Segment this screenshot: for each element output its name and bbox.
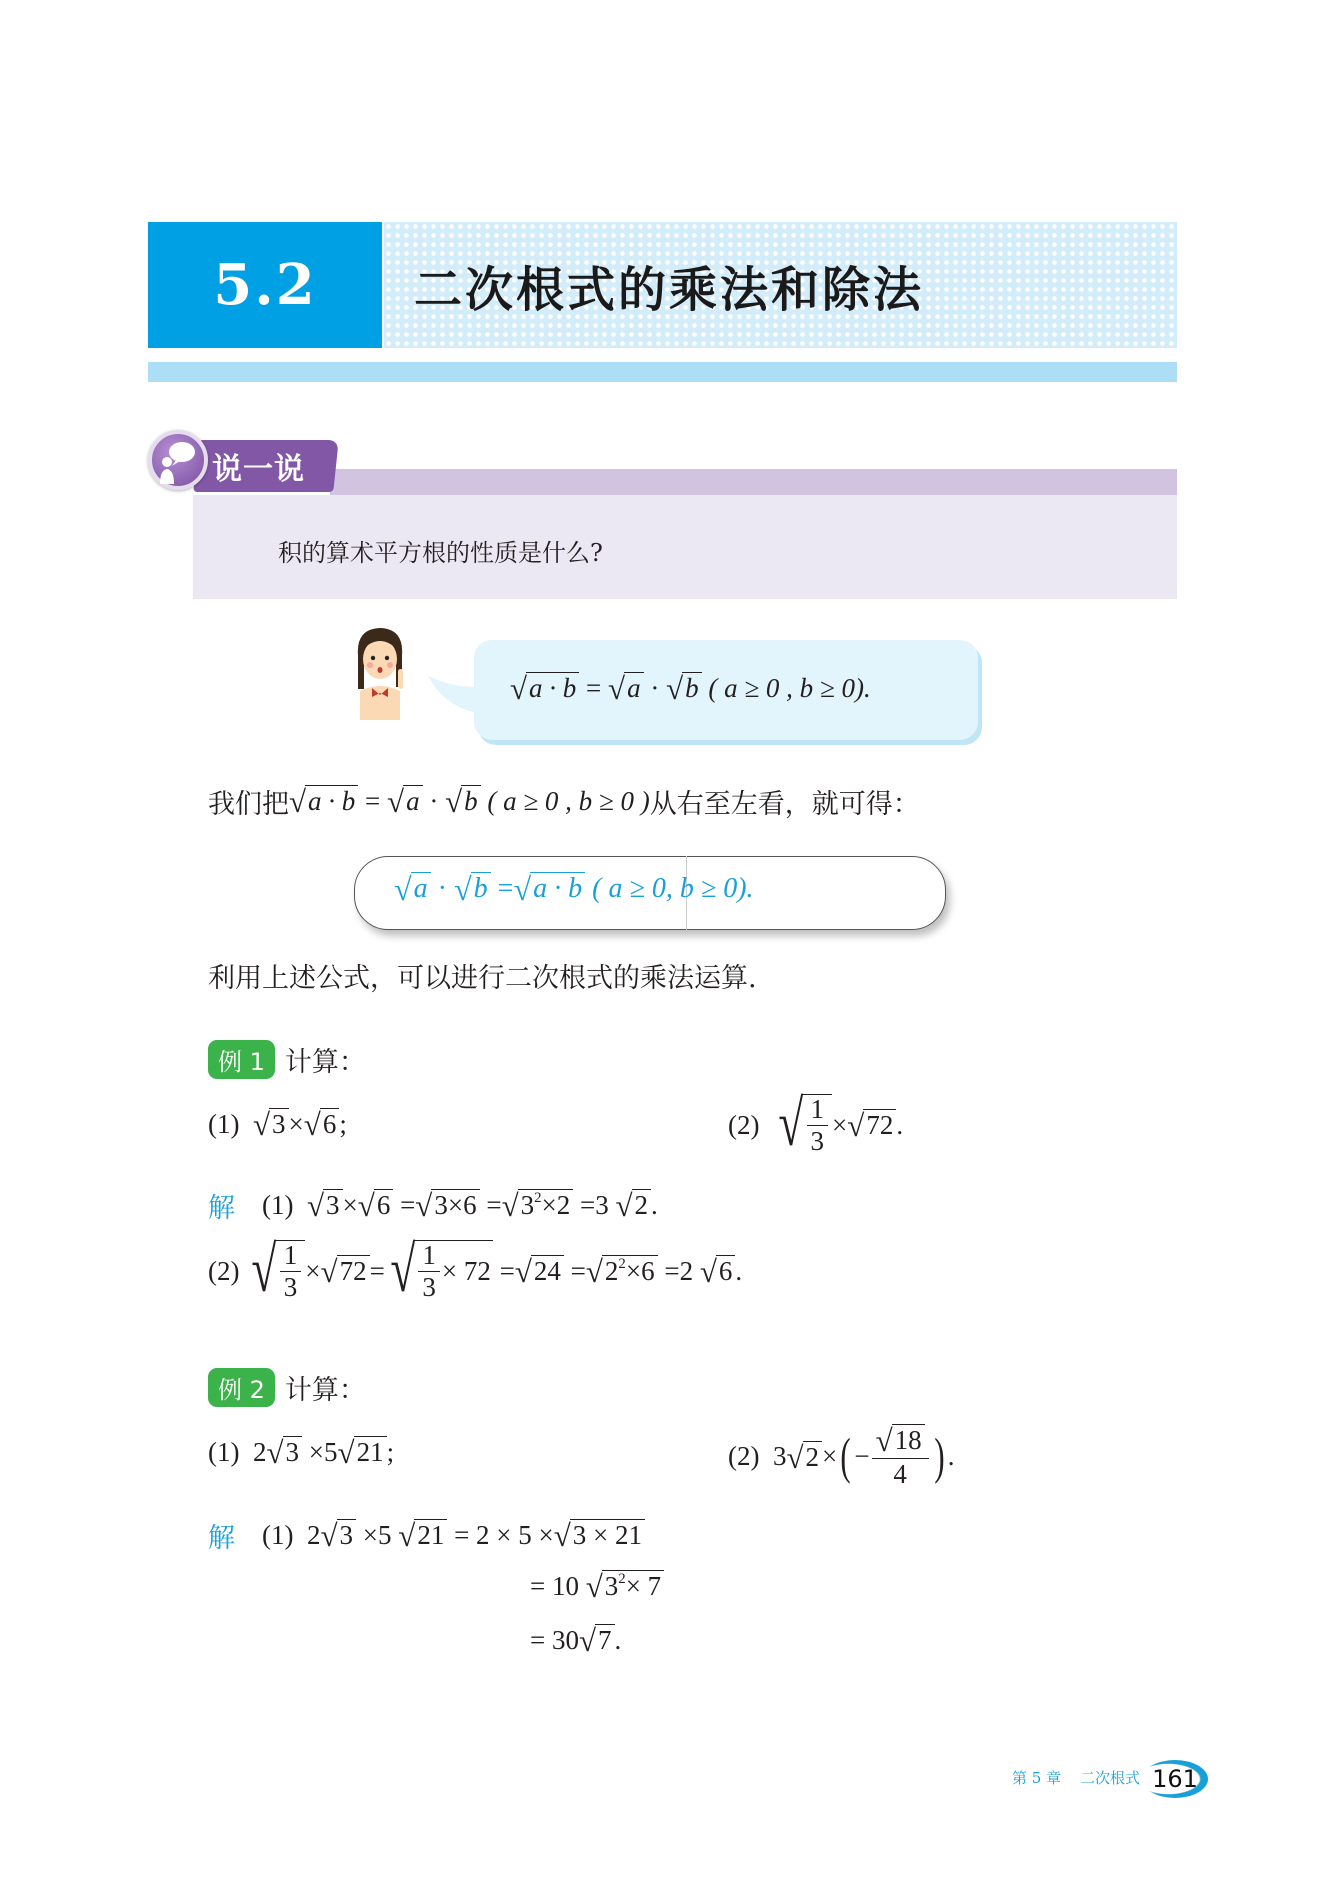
example1-problem-2: (2) √13 × √72. <box>728 1094 903 1157</box>
denominator: 3 <box>284 1272 298 1303</box>
coefficient: 2 <box>253 1437 267 1468</box>
sqrt-6: √6 <box>304 1108 340 1140</box>
numerator: 1 <box>280 1241 302 1272</box>
coefficient: 2 <box>680 1256 694 1287</box>
radicand: 7 <box>595 1624 615 1656</box>
speech-person-icon <box>148 430 208 490</box>
radicand: 3 <box>323 1189 343 1221</box>
equals-sign: = <box>664 1256 679 1287</box>
sqrt-ab: √a · b <box>510 672 579 704</box>
coefficient: 2 <box>307 1520 321 1551</box>
condition: ( a ≥ 0 , b ≥ 0). <box>708 673 870 704</box>
expression: = 30 <box>530 1625 579 1656</box>
numerator: 1 <box>807 1095 829 1126</box>
times-sign: × <box>822 1441 837 1472</box>
say-question: 积的算术平方根的性质是什么? <box>278 533 603 568</box>
example1-problem-1: (1) √3 × √6 ; <box>208 1108 347 1140</box>
equals-sign: = <box>370 1256 385 1287</box>
sqrt-b: √b <box>454 872 491 905</box>
problem-label: (1) <box>262 1520 293 1551</box>
page-number: 161 <box>1142 1760 1208 1798</box>
radicand: 2 <box>632 1189 652 1221</box>
radicand: 3×6 <box>431 1189 479 1221</box>
example1-solution-2: (2) √13 × √72 = √13× 72 = √24 = √22×6 = … <box>208 1240 742 1303</box>
example1-prompt: 计算： <box>285 1040 366 1079</box>
example1-tag: 例 1 <box>208 1040 275 1079</box>
paragraph-usage: 利用上述公式，可以进行二次根式的乘法运算. <box>208 956 757 995</box>
radicand: a <box>624 672 644 704</box>
girl-illustration-icon <box>352 625 408 720</box>
say-tab-label: 说一说 <box>212 444 305 488</box>
coefficient: 3 <box>773 1441 787 1472</box>
punct: . <box>735 1256 742 1287</box>
radicand: b <box>461 785 481 817</box>
radicand: 2 <box>803 1441 823 1473</box>
problem-label: (2) <box>728 1441 759 1472</box>
example2-solution-line-2: = 10 √32× 7 <box>530 1570 664 1602</box>
radicand-rest: × 72 <box>442 1256 491 1287</box>
denominator: 3 <box>811 1126 825 1157</box>
expression: = 10 <box>530 1571 579 1602</box>
denominator: 4 <box>893 1459 907 1490</box>
punct: ; <box>387 1437 395 1468</box>
radicand: 6 <box>716 1255 736 1287</box>
radicand: a · b <box>530 872 585 905</box>
sqrt-b: √b <box>666 672 702 704</box>
radicand-rest: ×2 <box>542 1190 571 1220</box>
example2-problem-1: (1) 2 √3 ×5 √21 ; <box>208 1436 394 1468</box>
problem-label: (2) <box>728 1110 759 1141</box>
times-sign: × <box>305 1256 320 1287</box>
dot-operator: · <box>429 786 438 817</box>
condition: ( a ≥ 0, b ≥ 0). <box>592 873 753 905</box>
example1-heading: 例 1 计算： <box>208 1040 366 1079</box>
denominator: 3 <box>422 1272 436 1303</box>
radicand: a <box>411 872 431 905</box>
bubble-formula: √a · b = √a · √b ( a ≥ 0 , b ≥ 0). <box>510 672 871 704</box>
base: 3 <box>521 1190 535 1220</box>
dot-operator: · <box>650 673 659 704</box>
times-sign: × <box>832 1110 847 1141</box>
radicand-rest: × 7 <box>626 1571 661 1601</box>
coefficient: 3 <box>595 1190 609 1221</box>
minus-sign: − <box>854 1441 869 1472</box>
solution-label: 解 <box>208 1516 235 1555</box>
base: 3 <box>605 1571 619 1601</box>
chapter-title: 二次根式 <box>1080 1769 1140 1787</box>
equals-sign: = <box>498 873 514 905</box>
speech-bubble-tail <box>428 676 488 722</box>
sqrt-a: √a <box>608 672 644 704</box>
boxed-formula: √a · √b = √a · b ( a ≥ 0, b ≥ 0). <box>394 872 754 905</box>
sqrt-a: √a <box>394 872 431 905</box>
base: 2 <box>605 1256 619 1286</box>
sqrt-fraction: √13 <box>773 1094 832 1157</box>
problem-label: (1) <box>262 1190 293 1221</box>
radicand: 6 <box>374 1189 394 1221</box>
punct: . <box>948 1441 955 1472</box>
exponent: 2 <box>534 1191 541 1207</box>
para-suffix: 从右至左看，就可得： <box>650 782 920 821</box>
radicand: 72 <box>337 1255 370 1287</box>
radicand: 3 <box>337 1519 357 1551</box>
expression: = 2 × 5 × <box>454 1520 554 1551</box>
equals-sign: = <box>500 1256 515 1287</box>
section-title: 二次根式的乘法和除法 <box>384 222 1177 348</box>
page-number-text: 161 <box>1152 1765 1198 1793</box>
times-sign: ×5 <box>309 1437 338 1468</box>
times-sign: ×5 <box>363 1520 392 1551</box>
radicand-rest: ×6 <box>626 1256 655 1286</box>
example2-prompt: 计算： <box>285 1368 366 1407</box>
radicand: b <box>682 672 702 704</box>
punct: . <box>896 1110 903 1141</box>
numerator: 1 <box>418 1241 440 1272</box>
example1-solution-1: 解 (1) √3 × √6 = √3×6 = √32×2 = 3 √2 . <box>208 1186 658 1225</box>
radicand: a <box>403 785 423 817</box>
equals-sign: = <box>571 1256 586 1287</box>
dot-operator: · <box>438 873 447 905</box>
punct: . <box>615 1625 622 1656</box>
radicand: 3 <box>269 1108 289 1140</box>
say-box-header-bar <box>330 469 1177 495</box>
example2-heading: 例 2 计算： <box>208 1368 366 1407</box>
radicand: 21 <box>414 1519 447 1551</box>
condition: ( a ≥ 0 , b ≥ 0 ) <box>487 786 649 817</box>
exponent: 2 <box>618 1256 625 1272</box>
radicand: 3 <box>283 1436 303 1468</box>
radicand: 72 <box>863 1109 896 1141</box>
exponent: 2 <box>618 1571 625 1587</box>
radicand: b <box>471 872 491 905</box>
para-prefix: 我们把 <box>208 782 289 821</box>
example2-tag: 例 2 <box>208 1368 275 1407</box>
section-number: 5.2 <box>148 222 382 348</box>
equals-sign: = <box>365 786 380 817</box>
sqrt-ab: √a · b <box>289 785 358 817</box>
punct: . <box>651 1190 658 1221</box>
radicand: 21 <box>354 1436 387 1468</box>
example2-problem-2: (2) 3 √2 × ( − √184 ). <box>728 1424 954 1490</box>
punct: ; <box>339 1109 347 1140</box>
radicand: a · b <box>305 785 358 817</box>
paragraph-reverse: 我们把 √a · b = √a · √b ( a ≥ 0 , b ≥ 0 ) 从… <box>208 782 920 821</box>
equals-sign: = <box>586 673 601 704</box>
header-divider-strip <box>148 362 1177 382</box>
radicand: 3 × 21 <box>570 1519 645 1551</box>
equals-sign: = <box>400 1190 415 1221</box>
radicand: 24 <box>531 1255 564 1287</box>
example2-solution-line-3: = 30 √7 . <box>530 1624 621 1656</box>
sqrt-72: √72 <box>847 1109 896 1141</box>
problem-label: (2) <box>208 1256 239 1287</box>
sqrt-a: √a <box>387 785 423 817</box>
sqrt-ab: √a · b <box>513 872 585 905</box>
equals-sign: = <box>486 1190 501 1221</box>
solution-label: 解 <box>208 1186 235 1225</box>
equals-sign: = <box>580 1190 595 1221</box>
problem-label: (1) <box>208 1109 239 1140</box>
times-sign: × <box>289 1109 304 1140</box>
radicand: 6 <box>320 1108 340 1140</box>
sqrt-b: √b <box>445 785 481 817</box>
example2-solution-line-1: 解 (1) 2 √3 ×5 √21 = 2 × 5 × √3 × 21 <box>208 1516 645 1555</box>
radicand: a · b <box>526 672 579 704</box>
chapter-number: 第 5 章 <box>1012 1769 1061 1787</box>
problem-label: (1) <box>208 1437 239 1468</box>
footer-chapter: 第 5 章 二次根式 <box>1012 1767 1140 1788</box>
radicand: 18 <box>892 1424 925 1456</box>
sqrt-3: √3 <box>253 1108 289 1140</box>
times-sign: × <box>343 1190 358 1221</box>
